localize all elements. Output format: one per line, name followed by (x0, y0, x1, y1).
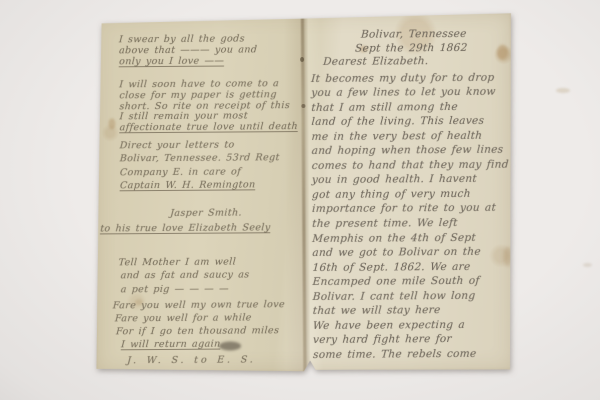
paragraph: It becomes my duty for to dropyou a few … (311, 70, 507, 362)
handwriting-line: Dearest Elizabeth. (323, 55, 506, 70)
foxing-stain (108, 118, 115, 129)
handwriting-line: Jasper Smith. (170, 205, 307, 221)
paragraph: Jasper Smith.to his true love Elizabeth … (120, 205, 306, 236)
handwriting-line: me in the very best of health (311, 128, 506, 144)
handwriting-line: a pet pig — — — — (120, 282, 307, 297)
handwriting-line: you in good health. I havent (311, 172, 506, 188)
handwriting-line: and as fat and saucy as (120, 268, 307, 283)
handwriting-line: that I am still among the (311, 99, 506, 115)
handwriting-line: Captain W. H. Remington (120, 178, 307, 193)
paragraph: Bolivar, TennesseeSept the 29th 1862Dear… (311, 28, 505, 70)
handwriting-line: Bolivar, Tennessee. 53rd Regt (119, 151, 306, 166)
handwriting-line: land of the living. This leaves (311, 114, 506, 130)
handwriting-line: only you I love —— (119, 55, 306, 67)
handwriting-line: some time. The rebels come (313, 346, 508, 362)
letter-sheet-wrapper: I swear by all the godsabove that ——— yo… (93, 12, 514, 374)
paragraph: Fare you well my own true loveFare you w… (121, 299, 307, 351)
handwriting-line: 16th of Sept. 1862. We are (312, 259, 507, 275)
paragraph: Direct your letters toBolivar, Tennessee… (120, 138, 306, 193)
background-scuff (583, 263, 592, 267)
handwriting-line: For if I go ten thousand miles (116, 325, 308, 339)
paragraph: I swear by all the godsabove that ——— yo… (119, 33, 305, 67)
handwriting-line: and hoping when those few lines (311, 143, 506, 159)
letter-sheet: I swear by all the godsabove that ——— yo… (93, 12, 514, 374)
handwriting-line: to his true love Elizabeth Seely (100, 220, 307, 236)
handwriting-line: Bolivar, Tennessee (360, 28, 505, 43)
page-right: Bolivar, TennesseeSept the 29th 1862Dear… (311, 28, 507, 363)
handwriting-line: that we will stay here (312, 303, 507, 319)
handwriting-line: affectionate true love until death (119, 122, 306, 134)
paragraph: J. W. S. to E. S. (121, 353, 307, 367)
handwriting-line: the present time. We left (312, 216, 507, 232)
handwriting-line: very hard fight here for (313, 332, 508, 348)
handwriting-line: you a few lines to let you know (311, 85, 506, 101)
handwriting-line: I will return again (121, 338, 308, 352)
handwriting-line: Memphis on the 4th of Sept (312, 230, 507, 246)
handwriting-line: J. W. S. to E. S. (127, 353, 308, 367)
paragraph: I will soon have to come to aclose for m… (119, 79, 305, 134)
handwriting-line: It becomes my duty for to drop (311, 70, 506, 86)
handwriting-line: Encamped one mile South of (312, 274, 507, 290)
handwriting-line: Sept the 29th 1862 (355, 41, 506, 56)
handwriting-line: importance for to rite to you at (312, 201, 507, 217)
page-left: I swear by all the godsabove that ——— yo… (119, 33, 307, 367)
paragraph: Tell Mother I am welland as fat and sauc… (120, 255, 306, 297)
background-scuff (556, 88, 570, 93)
handwriting-line: and we got to Bolivar on the (312, 245, 507, 261)
photo-background: I swear by all the godsabove that ——— yo… (0, 0, 600, 400)
